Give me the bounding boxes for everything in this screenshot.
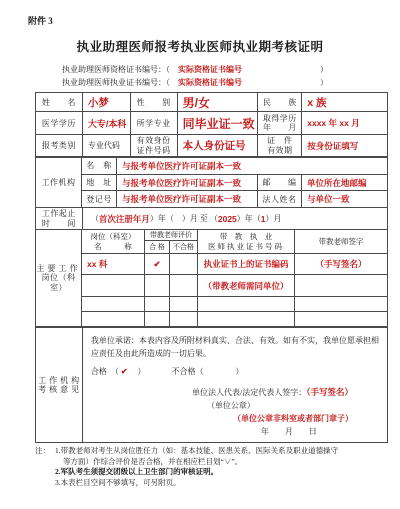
review-label: 工 作 机 构 考 核 意 见: [36, 328, 83, 443]
position-name-header-line2: 名 称: [94, 242, 132, 252]
teacher-cert-cell: [198, 297, 295, 312]
teacher-sign-cell: [295, 275, 388, 297]
pass-close: ）: [128, 367, 146, 376]
pass-fail-line: 合格 （ ✔ ）不合格（ ）: [91, 366, 379, 377]
document-page: 附件 3 执业助理医师报考执业医师执业期考核证明 执业助理医师资格证书编号：（实…: [0, 0, 400, 509]
ethnicity-label: 民 族: [258, 93, 302, 112]
positions-label: 主要工作 岗位（科室）: [36, 230, 82, 327]
practice-cert-value: 实际资格证书编号: [178, 76, 320, 89]
review-label-line2: 考 核 意 见: [38, 385, 80, 395]
section-positions: 主要工作 岗位（科室） 岗位（科室） 名 称 带教老师评价 合 格 不合格: [36, 230, 388, 327]
legal-rep-sign-value: （手写签名）: [306, 387, 353, 397]
fail-cell: [170, 275, 198, 297]
org-reg-value: 与报考单位医疗许可证副本一致: [117, 191, 258, 208]
notes-lines: 1.带教老师对考生从岗位胜任力（如：基本技能、医患关系、医际关系及职业道德操守 …: [55, 446, 380, 488]
positions-header-row: 岗位（科室） 名 称 带教老师评价 合 格 不合格 带 教 执 业 医师执业证书…: [82, 230, 388, 254]
fail-cell: [170, 312, 198, 327]
name-value: 小梦: [83, 93, 131, 112]
work-period-value: （ 首次注册年月 ）年（ ）月 至 （ 2025 ）年（ 1 ）月: [83, 208, 388, 230]
teacher-cert-header-line2: 医师执业证书号码: [208, 242, 284, 252]
note-line-3: 3.本表栏目空间不够填写，可另附页。: [55, 478, 380, 489]
gender-label: 性 别: [131, 93, 178, 112]
education-value: 大专/本科: [83, 112, 131, 135]
qualification-cert-value: 实际资格证书编号: [178, 63, 320, 76]
fail-label: 不合格（ ）: [172, 367, 244, 376]
work-period-label: 工作起止 时 间: [36, 208, 83, 230]
edu-date-label: 取得学历 年 月: [258, 112, 302, 135]
org-zip-value: 单位所在地邮编: [302, 175, 388, 192]
row-basic-2: 医学学历 大专/本科 所学专业 同毕业证一致 取得学历 年 月 xxxx 年 x…: [36, 112, 388, 135]
col-header-position-name: 岗位（科室） 名 称: [82, 230, 145, 254]
pass-label: 合格 （: [91, 367, 121, 376]
seal-note-red: （单位公章非科室或者部门章子）: [91, 413, 379, 424]
id-label: 有效身份 证件号码: [131, 135, 178, 157]
pass-cell: [145, 312, 170, 327]
page-title: 执业助理医师报考执业医师执业期考核证明: [0, 37, 400, 55]
positions-grid: 岗位（科室） 名 称 带教老师评价 合 格 不合格 带 教 执 业 医师执业证书…: [82, 230, 388, 327]
row-basic-3: 报考类别 专业代码 有效身份 证件号码 本人身份证号 证 件 有效期 按身份证填…: [36, 135, 388, 157]
section-work-org: 工作机构 名 称 与报考单位医疗许可证副本一致 地 址 与报考单位医疗许可证副本…: [36, 157, 388, 208]
work-period-label-line2: 时 间: [42, 219, 76, 229]
gender-value: 男/女: [178, 93, 259, 112]
teacher-eval-header: 带教老师评价: [145, 230, 197, 241]
teacher-sign-cell: （手写签名）: [295, 254, 388, 275]
id-value: 本人身份证号: [178, 135, 259, 157]
period-seg4: ）月: [266, 213, 282, 224]
section-work-period: 工作起止 时 间 （ 首次注册年月 ）年（ ）月 至 （ 2025 ）年（ 1 …: [36, 208, 388, 230]
fail-cell: [170, 297, 198, 312]
edu-date-label-line1: 取得学历: [263, 114, 297, 124]
org-reg-label: 登记号: [82, 191, 117, 208]
practice-cert-line: 执业助理医师执业证书编号：（实际资格证书编号）: [62, 76, 328, 89]
note-line-1b: 等方面）作综合评价是否合格，并在相应栏目划“∨”。: [55, 457, 380, 468]
assessment-form-table: 姓 名 小梦 性 别 男/女 民 族 x 族 医学学历 大专/本科 所学专业 同…: [35, 92, 388, 443]
teacher-eval-subheaders: 合 格 不合格: [145, 241, 197, 253]
validity-label-line1: 证 件: [267, 136, 293, 146]
date-line: 年 月 日: [91, 426, 379, 437]
position-name-cell: [82, 297, 145, 312]
name-label: 姓 名: [36, 93, 83, 112]
fail-cell: [170, 254, 198, 275]
notes-prefix: 注：: [35, 446, 55, 488]
pass-cell: [145, 275, 170, 297]
org-address-label: 地 址: [82, 175, 117, 192]
teacher-sign-cell: [295, 297, 388, 312]
checkmark-icon: ✔: [121, 367, 128, 376]
qualification-cert-label: 执业助理医师资格证书编号：（: [62, 65, 170, 74]
fail-subheader: 不合格: [170, 241, 197, 253]
work-org-rows: 名 称 与报考单位医疗许可证副本一致 地 址 与报考单位医疗许可证副本一致 邮 …: [82, 158, 388, 208]
org-address-value: 与报考单位医疗许可证副本一致: [117, 175, 258, 192]
org-legal-label: 法人姓名: [258, 191, 302, 208]
org-name-value: 与报考单位医疗许可证副本一致: [117, 158, 388, 175]
certificate-numbers: 执业助理医师资格证书编号：（实际资格证书编号） 执业助理医师执业证书编号：（实际…: [62, 63, 328, 89]
footnotes: 注： 1.带教老师对考生从岗位胜任力（如：基本技能、医患关系、医际关系及职业道德…: [35, 446, 380, 488]
position-name-cell: [82, 312, 145, 327]
teacher-cert-header-line1: 带 教 执 业: [220, 232, 273, 242]
teacher-cert-cell: [198, 312, 295, 327]
org-name-label: 名 称: [82, 158, 117, 175]
org-zip-label: 邮 编: [258, 175, 302, 192]
teacher-cert-cell: （带教老师需同单位）: [198, 275, 295, 297]
position-name-cell: [82, 275, 145, 297]
validity-value: 按身份证填写: [302, 135, 388, 157]
org-legal-value: 与单位一致: [302, 191, 388, 208]
positions-label-line1: 主要工作: [37, 264, 81, 274]
checkmark-icon: ✔: [145, 254, 170, 275]
col-header-teacher-sign: 带教老师签字: [295, 230, 388, 254]
position-name-cell: xx 科: [82, 254, 145, 275]
category-value: 专业代码: [83, 135, 131, 157]
period-end-year: 2025: [218, 214, 237, 224]
position-row-1: xx 科 ✔ 执业证书上的证书编码 （手写签名）: [82, 254, 388, 275]
id-label-line1: 有效身份: [137, 136, 171, 146]
position-row-4: [82, 312, 388, 327]
work-org-name-row: 名 称 与报考单位医疗许可证副本一致: [82, 158, 388, 175]
work-period-label-line1: 工作起止: [42, 209, 76, 219]
col-header-teacher-eval: 带教老师评价 合 格 不合格: [145, 230, 198, 254]
qualification-cert-close: ）: [320, 65, 328, 74]
positions-label-line2: 岗位（科室）: [36, 273, 81, 292]
period-seg2: ）年（ ）月 至 （: [150, 213, 218, 224]
period-seg1: （: [91, 213, 99, 224]
section-review: 工 作 机 构 考 核 意 见 我单位承诺：本表内容及所附材料真实、合法、有效。…: [36, 327, 388, 443]
work-org-address-row: 地 址 与报考单位医疗许可证副本一致 邮 编 单位所在地邮编: [82, 175, 388, 192]
row-basic-1: 姓 名 小梦 性 别 男/女 民 族 x 族: [36, 93, 388, 112]
period-seg3: ）年（: [237, 213, 261, 224]
work-org-reg-row: 登记号 与报考单位医疗许可证副本一致 法人姓名 与单位一致: [82, 191, 388, 208]
id-label-line2: 证件号码: [137, 146, 171, 156]
teacher-cert-cell: 执业证书上的证书编码: [198, 254, 295, 275]
position-row-2: （带教老师需同单位）: [82, 275, 388, 297]
position-row-3: [82, 297, 388, 312]
major-label: 所学专业: [131, 112, 178, 135]
qualification-cert-line: 执业助理医师资格证书编号：（实际资格证书编号）: [62, 63, 328, 76]
seal-note: （单位公章）: [91, 400, 379, 411]
validity-label: 证 件 有效期: [258, 135, 302, 157]
review-label-line1: 工 作 机 构: [38, 376, 80, 386]
attachment-label: 附件 3: [28, 14, 53, 27]
legal-rep-sign-label: 单位法人代表/法定代表人签字：: [192, 388, 306, 397]
edu-date-value: xxxx 年 xx 月: [302, 112, 388, 135]
position-name-header-line1: 岗位（科室）: [91, 232, 136, 242]
review-content: 我单位承诺：本表内容及所附材料真实、合法、有效。如有不实，我单位愿承担相应责任及…: [83, 328, 388, 443]
validity-label-line2: 有效期: [267, 146, 293, 156]
major-value: 同毕业证一致: [178, 112, 259, 135]
note-line-1: 1.带教老师对考生从岗位胜任力（如：基本技能、医患关系、医际关系及职业道德操守: [55, 446, 380, 457]
edu-date-label-line2: 年 月: [263, 123, 297, 133]
col-header-teacher-cert: 带 教 执 业 医师执业证书号码: [198, 230, 295, 254]
pass-cell: [145, 297, 170, 312]
category-label: 报考类别: [36, 135, 83, 157]
ethnicity-value: x 族: [302, 93, 388, 112]
practice-cert-close: ）: [320, 78, 328, 87]
note-line-2: 2.军队考生须提交团级以上卫生部门的审核证明。: [55, 467, 380, 478]
legal-rep-sign-line: 单位法人代表/法定代表人签字：（手写签名）: [91, 386, 379, 398]
practice-cert-label: 执业助理医师执业证书编号：（: [62, 78, 170, 87]
pass-subheader: 合 格: [145, 241, 170, 253]
education-label: 医学学历: [36, 112, 83, 135]
work-org-label: 工作机构: [36, 158, 82, 208]
teacher-sign-cell: [295, 312, 388, 327]
period-start-value: 首次注册年月: [99, 213, 150, 225]
commitment-text: 我单位承诺：本表内容及所附材料真实、合法、有效。如有不实，我单位愿承担相应责任及…: [91, 334, 379, 360]
